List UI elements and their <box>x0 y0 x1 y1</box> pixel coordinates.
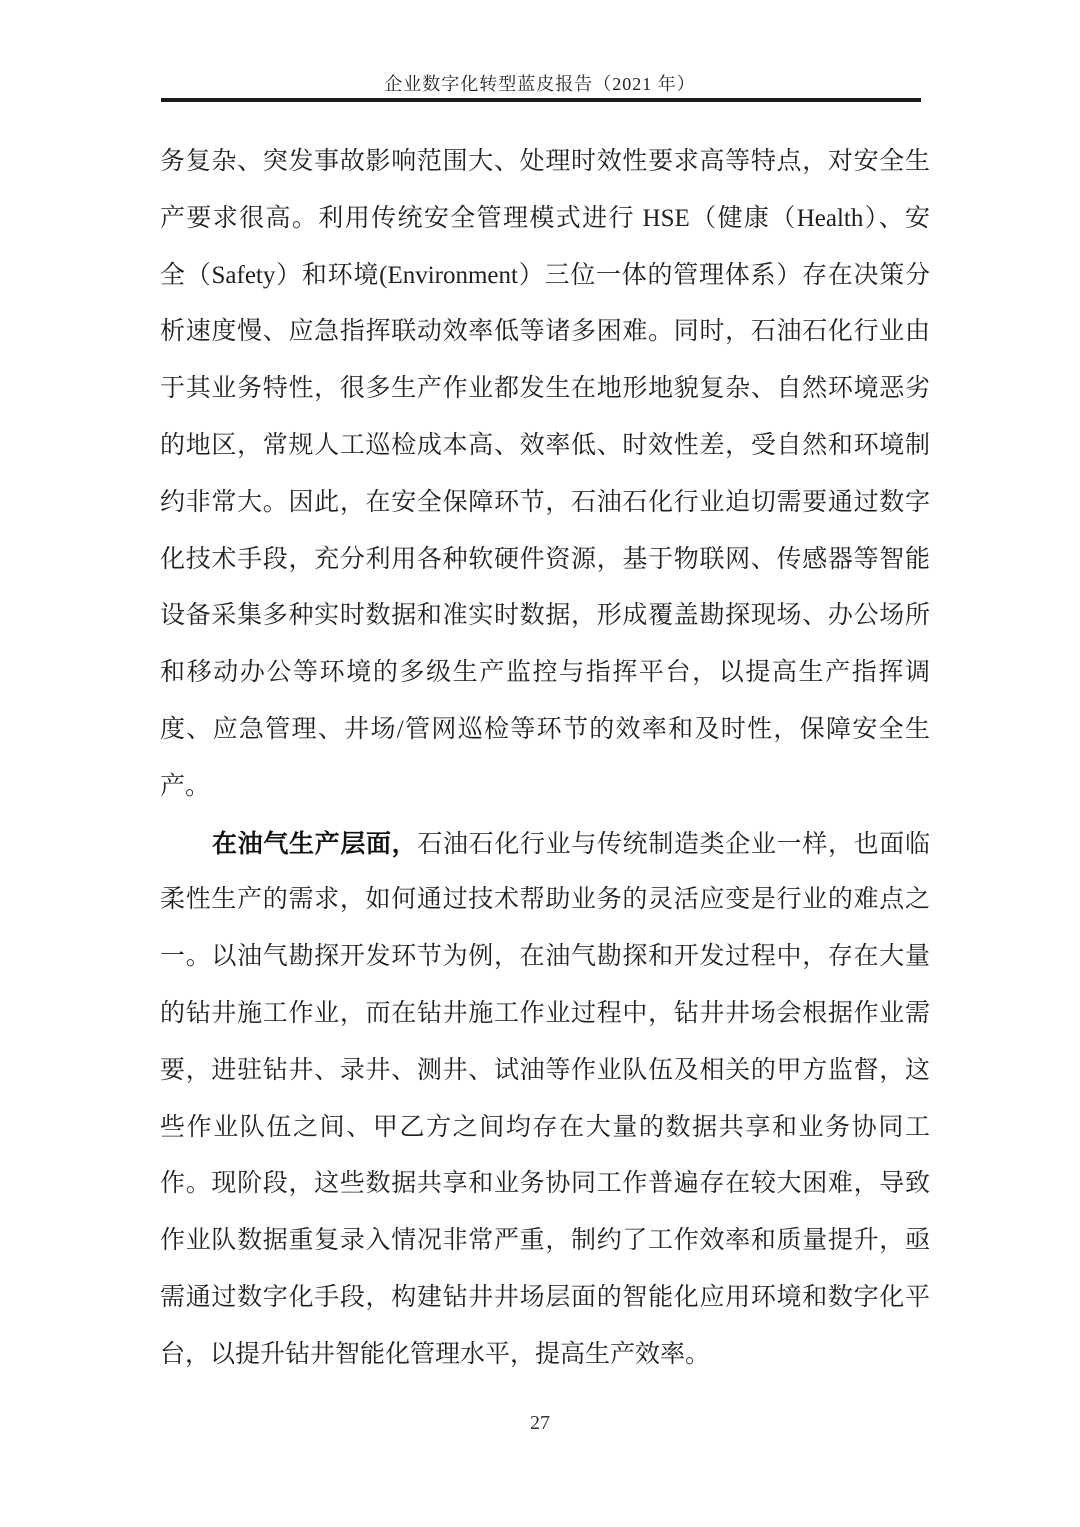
text-line: 要，进驻钻井、录井、测井、试油等作业队伍及相关的甲方监督，这 <box>160 1043 930 1100</box>
text-line: 台，以提升钻井智能化管理水平，提高生产效率。 <box>160 1327 930 1384</box>
header-rule <box>161 98 921 102</box>
body-text-block: 务复杂、突发事故影响范围大、处理时效性要求高等特点，对安全生 产要求很高。利用传… <box>160 134 930 1384</box>
paragraph-2: 在油气生产层面，石油石化行业与传统制造类企业一样，也面临 柔性生产的需求，如何通… <box>160 816 930 1384</box>
paragraph-bold-lead: 在油气生产层面， <box>212 830 417 858</box>
text-line: 柔性生产的需求，如何通过技术帮助业务的灵活应变是行业的难点之 <box>160 872 930 929</box>
document-page: 企业数字化转型蓝皮报告（2021 年） 务复杂、突发事故影响范围大、处理时效性要… <box>0 0 1080 1527</box>
text-line: 在油气生产层面，石油石化行业与传统制造类企业一样，也面临 <box>160 816 930 873</box>
paragraph-1: 务复杂、突发事故影响范围大、处理时效性要求高等特点，对安全生 产要求很高。利用传… <box>160 134 930 816</box>
text-line: 作。现阶段，这些数据共享和业务协同工作普遍存在较大困难，导致 <box>160 1156 930 1213</box>
text-line: 务复杂、突发事故影响范围大、处理时效性要求高等特点，对安全生 <box>160 134 930 191</box>
page-number: 27 <box>0 1412 1080 1435</box>
text-line: 需通过数字化手段，构建钻井井场层面的智能化应用环境和数字化平 <box>160 1270 930 1327</box>
text-line: 全（Safety）和环境(Environment）三位一体的管理体系）存在决策分 <box>160 248 930 305</box>
paragraph-lead-rest: 石油石化行业与传统制造类企业一样，也面临 <box>417 831 930 858</box>
text-line: 产。 <box>160 759 930 816</box>
text-line: 度、应急管理、井场/管网巡检等环节的效率和及时性，保障安全生 <box>160 702 930 759</box>
text-line: 和移动办公等环境的多级生产监控与指挥平台，以提高生产指挥调 <box>160 645 930 702</box>
text-line: 些作业队伍之间、甲乙方之间均存在大量的数据共享和业务协同工 <box>160 1100 930 1157</box>
text-line: 一。以油气勘探开发环节为例，在油气勘探和开发过程中，存在大量 <box>160 929 930 986</box>
text-line: 产要求很高。利用传统安全管理模式进行 HSE（健康（Health）、安 <box>160 191 930 248</box>
text-line: 于其业务特性，很多生产作业都发生在地形地貌复杂、自然环境恶劣 <box>160 361 930 418</box>
text-line: 设备采集多种实时数据和准实时数据，形成覆盖勘探现场、办公场所 <box>160 588 930 645</box>
text-line: 约非常大。因此，在安全保障环节，石油石化行业迫切需要通过数字 <box>160 475 930 532</box>
text-line: 化技术手段，充分利用各种软硬件资源，基于物联网、传感器等智能 <box>160 532 930 589</box>
text-line: 的地区，常规人工巡检成本高、效率低、时效性差，受自然和环境制 <box>160 418 930 475</box>
text-line: 析速度慢、应急指挥联动效率低等诸多困难。同时，石油石化行业由 <box>160 304 930 361</box>
text-line: 的钻井施工作业，而在钻井施工作业过程中，钻井井场会根据作业需 <box>160 986 930 1043</box>
page-header-title: 企业数字化转型蓝皮报告（2021 年） <box>0 72 1080 96</box>
text-line: 作业队数据重复录入情况非常严重，制约了工作效率和质量提升，亟 <box>160 1213 930 1270</box>
